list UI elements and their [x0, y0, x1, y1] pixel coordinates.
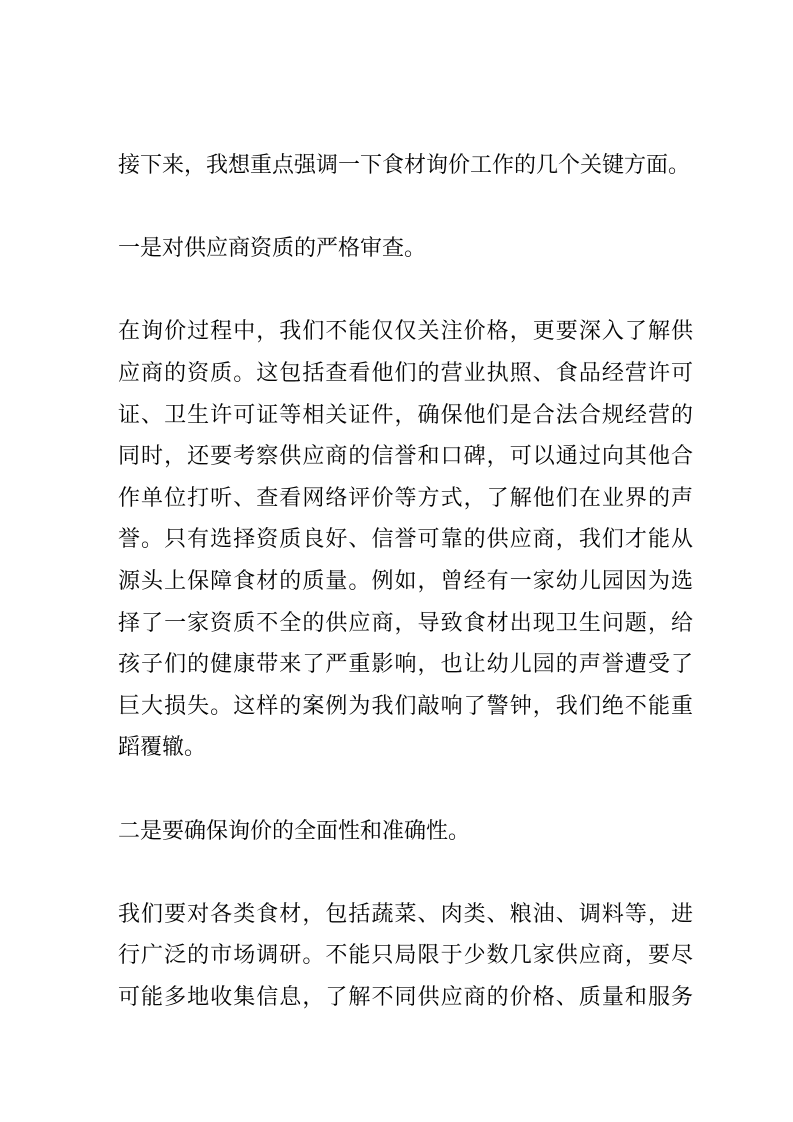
text-line: 孩子们的健康带来了严重影响，也让幼儿园的声誉遭受了	[118, 643, 693, 685]
text-line: 在询价过程中，我们不能仅仅关注价格，更要深入了解供	[118, 310, 693, 352]
text-line: 蹈覆辙。	[118, 726, 693, 768]
text-line: 证、卫生许可证等相关证件，确保他们是合法合规经营的	[118, 394, 693, 436]
paragraph: 我们要对各类食材，包括蔬菜、肉类、粮油、调料等，进行广泛的市场调研。不能只局限于…	[118, 893, 693, 1018]
text-line: 誉。只有选择资质良好、信誉可靠的供应商，我们才能从	[118, 518, 693, 560]
paragraph: 在询价过程中，我们不能仅仅关注价格，更要深入了解供应商的资质。这包括查看他们的营…	[118, 310, 693, 768]
text-line: 源头上保障食材的质量。例如，曾经有一家幼儿园因为选	[118, 560, 693, 602]
document-body: 接下来，我想重点强调一下食材询价工作的几个关键方面。一是对供应商资质的严格审查。…	[118, 144, 693, 1017]
text-line: 应商的资质。这包括查看他们的营业执照、食品经营许可	[118, 352, 693, 394]
paragraph: 接下来，我想重点强调一下食材询价工作的几个关键方面。	[118, 144, 693, 186]
document-page: 接下来，我想重点强调一下食材询价工作的几个关键方面。一是对供应商资质的严格审查。…	[0, 0, 793, 1122]
text-line: 同时，还要考察供应商的信誉和口碑，可以通过向其他合	[118, 435, 693, 477]
text-line: 巨大损失。这样的案例为我们敲响了警钟，我们绝不能重	[118, 685, 693, 727]
text-line: 可能多地收集信息，了解不同供应商的价格、质量和服务	[118, 976, 693, 1018]
paragraph: 一是对供应商资质的严格审查。	[118, 227, 693, 269]
text-line: 作单位打听、查看网络评价等方式，了解他们在业界的声	[118, 477, 693, 519]
text-line: 接下来，我想重点强调一下食材询价工作的几个关键方面。	[118, 144, 693, 186]
text-line: 择了一家资质不全的供应商，导致食材出现卫生问题，给	[118, 602, 693, 644]
text-line: 我们要对各类食材，包括蔬菜、肉类、粮油、调料等，进	[118, 893, 693, 935]
text-line: 二是要确保询价的全面性和准确性。	[118, 810, 693, 852]
paragraph: 二是要确保询价的全面性和准确性。	[118, 810, 693, 852]
text-line: 一是对供应商资质的严格审查。	[118, 227, 693, 269]
text-line: 行广泛的市场调研。不能只局限于少数几家供应商，要尽	[118, 934, 693, 976]
